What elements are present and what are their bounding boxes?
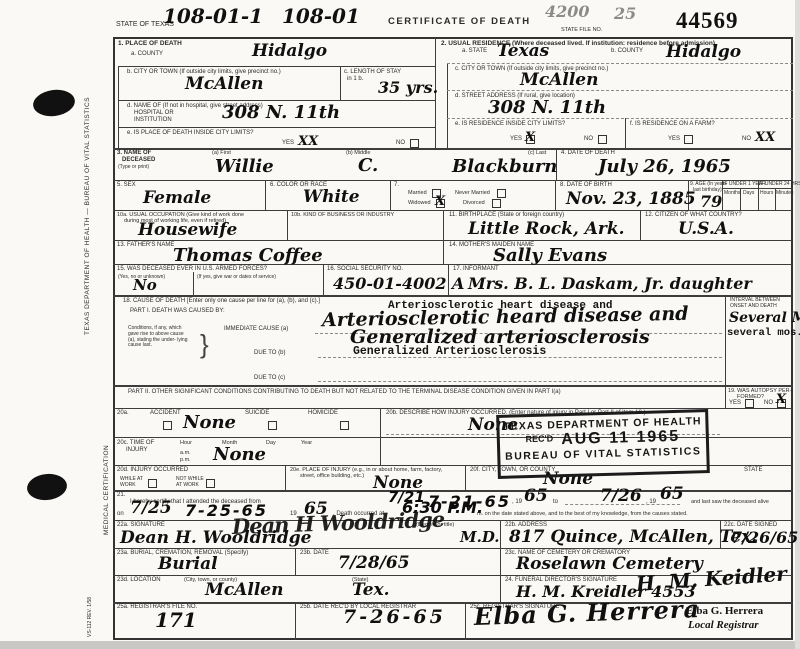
field9-days-label: Days	[743, 191, 754, 197]
field17-value: Mrs. B. L. Daskam, Jr. daughter	[468, 276, 752, 292]
field23d-label: 23d. LOCATION	[117, 577, 161, 584]
field2a-value: Texas	[497, 43, 549, 60]
grid-line	[443, 210, 444, 264]
field7-widowed-label: Widowed	[408, 200, 431, 206]
field3-first-value: Willie	[215, 158, 274, 176]
punch-hole-bottom	[26, 472, 68, 502]
grid-line	[640, 210, 641, 240]
field15-sub2-label: (If yes, give war or dates of service)	[197, 275, 276, 281]
grid-line	[465, 465, 466, 490]
field20f-state-label: STATE	[744, 467, 762, 474]
grid-line	[118, 100, 435, 101]
grid-line	[555, 180, 556, 210]
field10b-label: 10b. KIND OF BUSINESS OR INDUSTRY	[291, 212, 394, 218]
handwritten-file-number: 4200	[545, 4, 590, 20]
field1b-value: McAllen	[185, 76, 263, 93]
field16-label: 16. SOCIAL SECURITY NO.	[327, 266, 403, 273]
field4-value: July 26, 1965	[598, 158, 731, 176]
field20c-label2: INJURY	[126, 447, 148, 454]
grid-line	[447, 63, 448, 148]
field21-year2: 65	[660, 486, 684, 503]
field18-immediate-label: IMMEDIATE CAUSE (a)	[224, 326, 288, 333]
field3-middle-value: C.	[358, 157, 378, 175]
field18-interval-label2: ONSET AND DEATH	[730, 304, 777, 310]
grid-line	[113, 548, 793, 549]
field1e-no-label: NO	[396, 140, 405, 147]
certificate-title: CERTIFICATE OF DEATH	[388, 17, 531, 28]
field18-interval-typed: several mos.	[727, 328, 800, 339]
field20a-accident-label: ACCIDENT	[150, 410, 181, 417]
margin-medical-certification: MEDICAL CERTIFICATION	[103, 395, 110, 535]
cause-b-line	[318, 357, 722, 358]
field19-no-label: NO	[764, 400, 773, 407]
field1d-label2: HOSPITAL OR	[134, 110, 174, 117]
grid-line	[447, 118, 793, 119]
scan-edge-bottom	[0, 641, 800, 649]
certificate-serial-number: 44569	[676, 8, 739, 34]
field16-value: 450-01-4002 A	[333, 276, 464, 292]
grid-line	[287, 210, 288, 240]
field23d-city-value: McAllen	[205, 582, 283, 599]
death-certificate-scan: TEXAS DEPARTMENT OF HEALTH — BUREAU OF V…	[0, 0, 800, 649]
field21-to-label: to	[553, 499, 558, 506]
field7-divorced-checkbox	[492, 199, 501, 208]
field9-months-label: Months	[724, 191, 740, 197]
grid-line	[500, 548, 501, 602]
field2e-no-label: NO	[584, 136, 593, 143]
field7-label: 7.	[394, 182, 399, 189]
stamp-recd-label: REC'D	[525, 433, 553, 444]
field20a-accident-checkbox	[163, 421, 172, 430]
field25b-value: 7-26-65	[343, 608, 446, 627]
field23d-state-value: Tex.	[352, 582, 390, 599]
field22c-value: 7/26/65	[731, 530, 798, 546]
grid-line	[113, 295, 793, 297]
grid-line	[113, 210, 793, 211]
field25c-typed-title: Local Registrar	[688, 620, 759, 631]
state-file-no-label: STATE FILE NO.	[561, 27, 602, 33]
field5-value: Female	[143, 190, 211, 207]
field11-label: 11. BIRTHPLACE (State or foreign country…	[449, 212, 564, 219]
field3-last-value: Blackburn	[452, 158, 557, 176]
field15-value: No	[133, 278, 157, 293]
field25c-signature: Elba G. Herrera	[474, 597, 701, 629]
punch-hole-top	[31, 87, 76, 119]
field3-label: 3. NAME OF	[117, 150, 151, 157]
field21-num: 21.	[117, 492, 125, 499]
field1a-label: a. COUNTY	[131, 51, 163, 58]
field7-widowed-mark: X	[435, 195, 445, 208]
grid-line	[285, 465, 286, 490]
field20c-day-label: Day	[266, 440, 276, 446]
field21-text4: m. on the date stated above, and to the …	[477, 511, 688, 517]
field21-lastseen-date: 7/25	[130, 500, 172, 517]
grid-line	[465, 602, 466, 640]
field8-label: 8. DATE OF BIRTH	[560, 182, 612, 189]
field22b-value: 817 Quince, McAllen, Tex.	[509, 529, 757, 546]
field20d-notwhile-label2: AT WORK	[176, 483, 199, 489]
field2e-label: e. IS RESIDENCE INSIDE CITY LIMITS?	[455, 121, 565, 128]
field2d-value: 308 N. 11th	[488, 99, 606, 117]
field9-hours-label: Hours	[760, 191, 773, 197]
field19-yes-label: YES	[729, 400, 741, 407]
grid-line	[340, 66, 341, 100]
field11-value: Little Rock, Ark.	[468, 221, 625, 238]
field18-typed-cause-b: Generalized Arteriosclerosis	[353, 346, 546, 358]
field1c-value: 35 yrs.	[378, 80, 438, 96]
grid-line	[113, 520, 793, 521]
field13-label: 13. FATHER'S NAME	[117, 242, 174, 249]
grid-line	[118, 66, 119, 148]
field20a-num: 20a.	[117, 410, 129, 417]
received-stamp: TEXAS DEPARTMENT OF HEALTH REC'DAUG 11 1…	[496, 409, 710, 479]
grid-line	[193, 272, 194, 295]
part2-label: PART II. OTHER SIGNIFICANT CONDITIONS CO…	[128, 389, 561, 396]
field20d-notwhile-checkbox	[206, 479, 215, 488]
field23b-value: 7/28/65	[338, 555, 410, 572]
field20d-label: 20d. INJURY OCCURRED	[117, 467, 188, 474]
field20d-while-label2: WORK	[120, 483, 136, 489]
field18-brace: }	[200, 330, 209, 360]
field2c-value: McAllen	[520, 72, 598, 89]
field21-to-date: 7/26	[600, 488, 642, 505]
grid-line	[323, 264, 324, 295]
field23b-label: 23b. DATE	[300, 550, 329, 557]
field20a-suicide-label: SUICIDE	[245, 410, 269, 417]
field1e-label: e. IS PLACE OF DEATH INSIDE CITY LIMITS?	[127, 130, 253, 137]
margin-agency-text: TEXAS DEPARTMENT OF HEALTH — BUREAU OF V…	[84, 55, 91, 335]
field6-value: White	[303, 189, 360, 206]
grid-line	[722, 188, 793, 189]
grid-line	[380, 408, 381, 465]
grid-line	[725, 295, 726, 408]
field2b-value: Hidalgo	[666, 44, 741, 61]
field22a-degree-value: M.D.	[460, 530, 500, 545]
field20e-label2: street, office building, etc.)	[300, 473, 364, 479]
field1c-label2: in 1 b.	[347, 76, 363, 83]
field7-never-label: Never Married	[455, 190, 490, 196]
field21-line	[565, 504, 680, 505]
field8-value: Nov. 23, 1885	[566, 191, 696, 208]
grid-line	[265, 180, 266, 210]
field25a-value: 171	[155, 610, 197, 630]
margin-form-number: VS-112 REV. 1/58	[88, 575, 94, 637]
grid-line	[113, 240, 793, 241]
field2a-label: a. STATE	[462, 48, 487, 55]
field20a-homicide-label: HOMICIDE	[308, 410, 338, 417]
field1e-yes-mark: XX	[298, 135, 318, 148]
field21-19-label-a: , 19	[512, 499, 522, 506]
handwritten-district-number-2: 108-01	[282, 6, 360, 26]
field2f-no-mark: XX	[755, 131, 775, 144]
field2b-label: b. COUNTY	[611, 48, 643, 55]
field2f-label: f. IS RESIDENCE ON A FARM?	[630, 121, 715, 128]
field1c-label: c. LENGTH OF STAY	[344, 69, 401, 76]
field1-title: 1. PLACE OF DEATH	[118, 40, 182, 47]
field10a-value: Housewife	[138, 222, 237, 239]
grid-line	[118, 127, 435, 128]
field20c-hour-label: Hour	[180, 440, 192, 446]
field7-married-label: Married	[408, 190, 427, 196]
field20c-label: 20c. TIME OF	[117, 440, 154, 447]
grid-line	[295, 602, 296, 640]
field2e-yes-label: YES	[510, 136, 522, 143]
field2e-yes-mark: X	[525, 131, 535, 144]
field20a-homicide-checkbox	[340, 421, 349, 430]
field20d-while-checkbox	[148, 479, 157, 488]
field15-label: 15. WAS DECEASED EVER IN U.S. ARMED FORC…	[117, 266, 267, 273]
field21-text2: and last saw the deceased alive	[691, 499, 769, 505]
field2f-yes-checkbox	[684, 135, 693, 144]
field18-conditions-note: Conditions, if any, which gave rise to a…	[128, 326, 190, 349]
field19-yes-checkbox	[745, 399, 754, 408]
field1e-no-checkbox	[410, 139, 419, 148]
handwritten-district-number: 108-01-1	[163, 6, 263, 26]
field20c-am-label: a.m.	[180, 450, 191, 456]
field18-dueb-label: DUE TO (b)	[254, 350, 285, 357]
field17-label: 17. INFORMANT	[453, 266, 499, 273]
field3-label2: DECEASED	[122, 157, 155, 164]
cause-c-line	[318, 381, 722, 382]
field1d-value: 308 N. 11th	[222, 104, 340, 122]
field2f-yes-label: YES	[668, 136, 680, 143]
field21-on-label: on	[117, 511, 124, 518]
field1d-label3: INSTITUTION	[134, 117, 172, 124]
field14-value: Sally Evans	[493, 247, 607, 265]
field19-no-mark: X	[776, 393, 786, 406]
field25c-typed-name: Elba G. Herrera	[686, 606, 763, 617]
field13-value: Thomas Coffee	[173, 247, 323, 265]
field9-under24-label: IF UNDER 24 HRS.	[759, 182, 800, 188]
grid-line	[118, 66, 435, 67]
field18-duec-label: DUE TO (c)	[254, 375, 285, 382]
field9-value: 79	[700, 194, 722, 210]
field23a-value: Burial	[158, 556, 218, 573]
field20c-pm-label: p.m.	[180, 457, 191, 463]
field20a-suicide-checkbox	[268, 421, 277, 430]
field21-year1: 65	[524, 488, 548, 505]
field20c-year-label: Year	[301, 440, 312, 446]
field12-label: 12. CITIZEN OF WHAT COUNTRY?	[645, 212, 742, 219]
field18-label: 18. CAUSE OF DEATH [Enter only one cause…	[123, 298, 320, 305]
grid-line	[447, 90, 793, 91]
grid-line	[390, 180, 391, 210]
field5-label: 5. SEX	[117, 182, 136, 189]
field1e-yes-label: YES	[282, 140, 294, 147]
grid-line	[295, 548, 296, 575]
field18-part1-label: PART I. DEATH WAS CAUSED BY:	[130, 308, 225, 315]
grid-line	[113, 385, 793, 387]
grid-line	[447, 63, 793, 64]
field1a-value: Hidalgo	[252, 43, 327, 60]
field9-minutes-label: Minutes	[776, 191, 794, 197]
field3-label3: (Type or print)	[118, 165, 149, 171]
field20c-value: None	[213, 446, 266, 464]
grid-line	[500, 520, 501, 548]
field2f-no-label: NO	[742, 136, 751, 143]
field20a-value: None	[183, 414, 236, 432]
field7-never-checkbox	[497, 189, 506, 198]
field7-divorced-label: Divorced	[463, 200, 485, 206]
field12-value: U.S.A.	[678, 221, 734, 238]
field21-19-label-b: , 19	[646, 499, 656, 506]
grid-line	[625, 118, 626, 148]
field2e-no-checkbox	[598, 135, 607, 144]
handwritten-file-number-2: 25	[614, 6, 636, 22]
field18-interval-handwritten: Several Mo.	[729, 311, 800, 325]
